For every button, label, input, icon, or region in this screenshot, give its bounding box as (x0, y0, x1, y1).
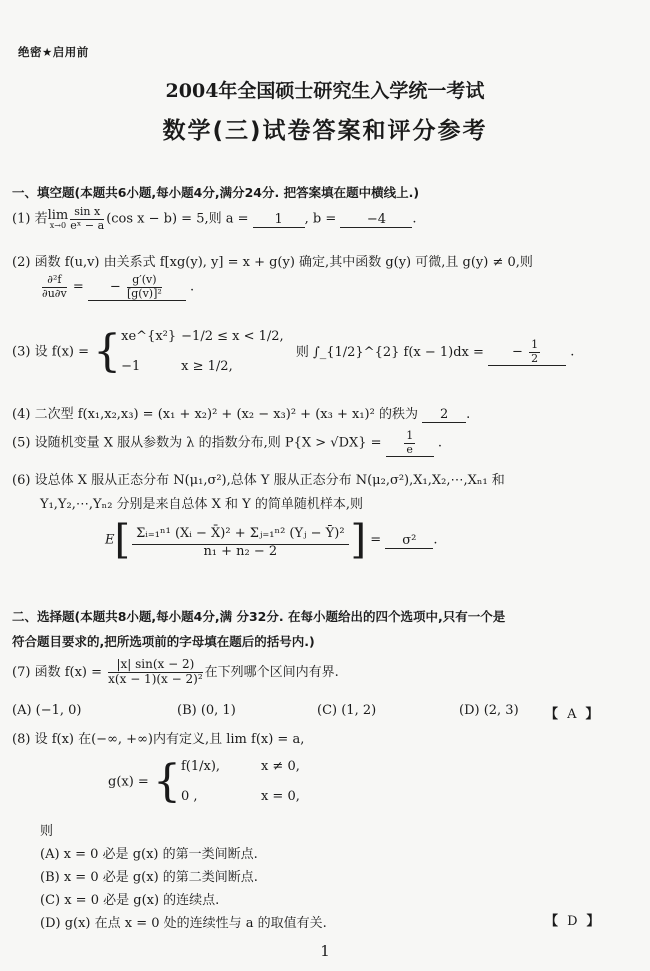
question-6-expression: E[Σᵢ₌₁ⁿ¹ (Xᵢ − X̄)² + Σⱼ₌₁ⁿ² (Yⱼ − Ȳ)²n₁… (105, 520, 437, 560)
question-2: (2) 函数 f(u,v) 由关系式 f[xg(y), y] = x + g(y… (12, 251, 533, 270)
question-4: (4) 二次型 f(x₁,x₂,x₃) = (x₁ + x₂)² + (x₂ −… (12, 403, 470, 423)
answer-q4: 2 (422, 407, 466, 423)
q8-option-d: (D) g(x) 在点 x = 0 处的连续性与 a 的取值有关. (40, 912, 327, 931)
question-5: (5) 设随机变量 X 服从参数为 λ 的指数分布,则 P{X > √DX} =… (12, 430, 442, 457)
page-number: 1 (0, 942, 650, 960)
question-8-gdef: g(x) = { f(1/x),x ≠ 0, 0 ,x = 0, (108, 752, 300, 812)
piecewise-cases: xe^{x²}−1/2 ≤ x < 1/2, −1x ≥ 1/2, (121, 322, 284, 382)
answer-bracket-q7: 【 A 】 (545, 703, 599, 722)
q8-option-a: (A) x = 0 必是 g(x) 的第一类间断点. (40, 843, 258, 862)
option-d: (D) (2, 3) (459, 703, 519, 718)
limit-operator: limx→0 (48, 209, 69, 230)
section2-heading-line2: 符合题目要求的,把所选项前的字母填在题后的括号内.) (12, 632, 315, 650)
answer-b: −4 (340, 212, 412, 228)
question-8-then: 则 (40, 820, 53, 839)
option-c: (C) (1, 2) (317, 703, 376, 718)
answer-q2: − g′(v)[g(v)]² (88, 274, 186, 301)
question-2-answer-line: ∂²f∂u∂v = − g′(v)[g(v)]² . (40, 274, 194, 301)
q8-option-c: (C) x = 0 必是 g(x) 的连续点. (40, 889, 219, 908)
question-8: (8) 设 f(x) 在(−∞, +∞)内有定义,且 lim f(x) = a, (12, 728, 304, 747)
q8-option-b: (B) x = 0 必是 g(x) 的第二类间断点. (40, 866, 258, 885)
question-1: (1) 若limx→0sin xeˣ − a(cos x − b) = 5,则 … (12, 206, 417, 232)
answer-q6: σ² (385, 533, 433, 549)
answer-bracket-q8: 【 D 】 (545, 910, 600, 929)
question-7: (7) 函数 f(x) = |x| sin(x − 2)x(x − 1)(x −… (12, 658, 339, 687)
option-a: (A) (−1, 0) (12, 703, 82, 718)
question-6-line2: Y₁,Y₂,⋯,Yₙ₂ 分别是来自总体 X 和 Y 的简单随机样本,则 (40, 493, 363, 512)
section1-heading: 一、填空题(本题共6小题,每小题4分,满分24分. 把答案填在题中横线上.) (12, 183, 419, 201)
section2-heading: 二、选择题(本题共8小题,每小题4分,满 分32分. 在每小题给出的四个选项中,… (12, 607, 505, 625)
answer-a: 1 (253, 212, 305, 228)
option-b: (B) (0, 1) (177, 703, 236, 718)
confidential-label: 绝密★启用前 (18, 44, 89, 60)
question-6: (6) 设总体 X 服从正态分布 N(μ₁,σ²),总体 Y 服从正态分布 N(… (12, 469, 505, 488)
fraction: sin xeˣ − a (70, 206, 104, 232)
left-brace: { (93, 326, 121, 377)
question-3: (3) 设 f(x) = { xe^{x²}−1/2 ≤ x < 1/2, −1… (12, 322, 574, 382)
exam-title: 2004年全国硕士研究生入学统一考试 (0, 76, 650, 103)
exam-subtitle: 数学(三)试卷答案和评分参考 (0, 112, 650, 145)
answer-q5: 1e (386, 430, 434, 457)
answer-q3: − 12 (488, 339, 566, 366)
